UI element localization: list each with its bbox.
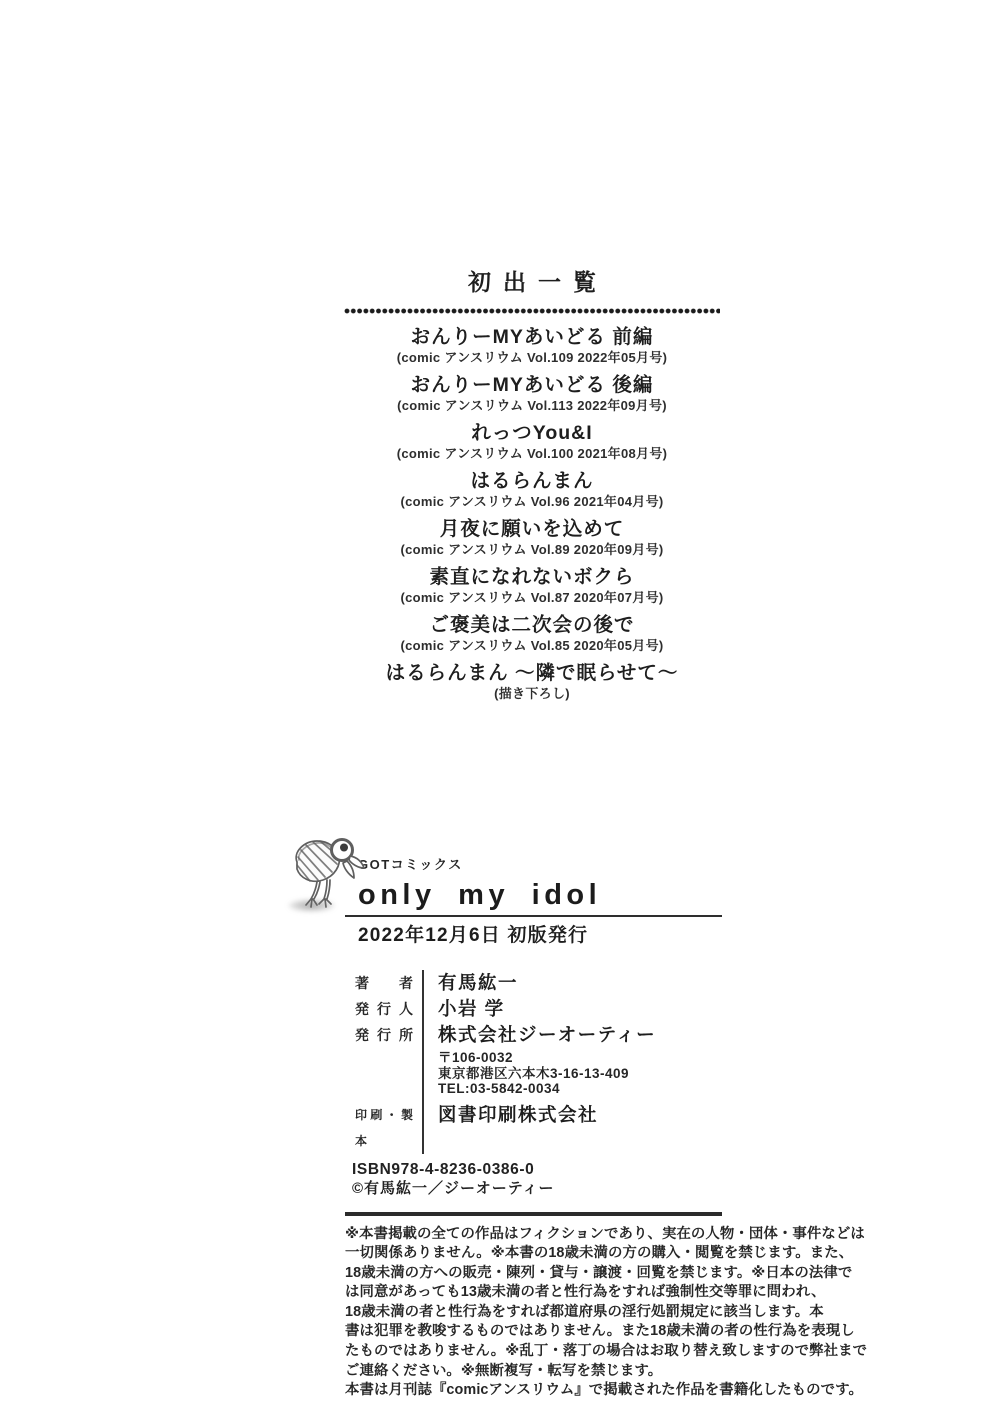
colophon-page: 初出一覧 おんりーMYあいどる 前編 (comic アンスリウム Vol.109… — [0, 0, 1000, 1419]
work-title: ご褒美は二次会の後で — [344, 613, 720, 637]
street-address: 東京都港区六本木3-16-13-409 — [438, 1066, 722, 1082]
work-title: はるらんまん 〜隣で眠らせて〜 — [344, 661, 720, 685]
credit-value: 有馬紘一 — [422, 970, 722, 996]
publisher-bird-logo-icon — [284, 831, 366, 911]
credit-label: 発行所 — [355, 1022, 413, 1102]
credit-row-publisher-person: 発行人 小岩 学 — [355, 996, 722, 1022]
notice-line: 書は犯罪を教唆するものではありません。また18歳未満の者の性行為を表現し — [345, 1322, 722, 1342]
notice-line: 本書は月刊誌『comicアンスリウム』で掲載された作品を書籍化したものです。 — [345, 1381, 722, 1401]
work-source: (comic アンスリウム Vol.113 2022年09月号) — [344, 397, 720, 414]
work-source: (comic アンスリウム Vol.109 2022年05月号) — [344, 349, 720, 366]
work-title: おんりーMYあいどる 後編 — [344, 373, 720, 397]
work-source: (comic アンスリウム Vol.100 2021年08月号) — [344, 445, 720, 462]
kohyo-entry: 月夜に願いを込めて (comic アンスリウム Vol.89 2020年09月号… — [344, 517, 720, 558]
kohyo-entry: はるらんまん 〜隣で眠らせて〜 (描き下ろし) — [344, 661, 720, 702]
credit-value: 株式会社ジーオーティー 〒106-0032 東京都港区六本木3-16-13-40… — [422, 1022, 722, 1102]
notice-line: たものではありません。※乱丁・落丁の場合はお取り替え致しますので弊社まで — [345, 1342, 722, 1362]
isbn: ISBN978-4-8236-0386-0 — [352, 1160, 722, 1180]
work-source: (comic アンスリウム Vol.85 2020年05月号) — [344, 637, 720, 654]
credit-label: 著者 — [355, 970, 413, 996]
kohyo-entry: ご褒美は二次会の後で (comic アンスリウム Vol.85 2020年05月… — [344, 613, 720, 654]
notice-line: 18歳未満の方への販売・陳列・貸与・譲渡・回覧を禁じます。※日本の法律で — [345, 1264, 722, 1284]
credit-label: 発行人 — [355, 996, 413, 1022]
credit-label: 印刷・製本 — [355, 1102, 413, 1154]
notice-line: 一切関係ありません。※本書の18歳未満の方の購入・閲覧を禁じます。また、 — [345, 1244, 722, 1264]
first-publication-list: 初出一覧 おんりーMYあいどる 前編 (comic アンスリウム Vol.109… — [344, 268, 720, 709]
credit-row-printer: 印刷・製本 図書印刷株式会社 — [355, 1102, 722, 1154]
credit-value: 小岩 学 — [422, 996, 722, 1022]
publisher-name: 株式会社ジーオーティー — [438, 1024, 656, 1045]
publisher-address: 〒106-0032 東京都港区六本木3-16-13-409 TEL:03-584… — [438, 1050, 722, 1097]
postal-code: 〒106-0032 — [438, 1050, 722, 1066]
credit-value: 図書印刷株式会社 — [422, 1102, 722, 1154]
notice-line: は同意があっても13歳未満の者と性行為をすれば強制性交等罪に問われ、 — [345, 1283, 722, 1303]
kohyo-entry: はるらんまん (comic アンスリウム Vol.96 2021年04月号) — [344, 469, 720, 510]
work-title: 素直になれないボクら — [344, 565, 720, 589]
credit-row-publisher-company: 発行所 株式会社ジーオーティー 〒106-0032 東京都港区六本木3-16-1… — [355, 1022, 722, 1102]
notice-line: ご連絡ください。※無断複写・転写を禁じます。 — [345, 1362, 722, 1382]
work-title: はるらんまん — [344, 469, 720, 493]
kohyo-heading: 初出一覧 — [344, 268, 720, 296]
book-title: only my idol — [358, 880, 722, 911]
work-title: 月夜に願いを込めて — [344, 517, 720, 541]
notice-line: 18歳未満の者と性行為をすれば都道府県の淫行処罰規定に該当します。本 — [345, 1303, 722, 1323]
kohyo-entry: 素直になれないボクら (comic アンスリウム Vol.87 2020年07月… — [344, 565, 720, 606]
colophon-block: GOTコミックス only my idol 2022年12月6日 初版発行 著者… — [345, 833, 722, 1401]
logo-shadow — [288, 899, 335, 912]
work-title: れっつYou&I — [344, 421, 720, 445]
notice-divider — [345, 1212, 722, 1216]
work-source: (comic アンスリウム Vol.89 2020年09月号) — [344, 541, 720, 558]
kohyo-entry: おんりーMYあいどる 前編 (comic アンスリウム Vol.109 2022… — [344, 325, 720, 366]
work-source: (描き下ろし) — [344, 685, 720, 702]
work-source: (comic アンスリウム Vol.96 2021年04月号) — [344, 493, 720, 510]
legal-notice: ※本書掲載の全ての作品はフィクションであり、実在の人物・団体・事件などは 一切関… — [345, 1225, 722, 1401]
kohyo-entry: れっつYou&I (comic アンスリウム Vol.100 2021年08月号… — [344, 421, 720, 462]
edition-date: 2022年12月6日 初版発行 — [358, 924, 722, 948]
dotted-divider — [344, 308, 720, 314]
copyright: ©有馬紘一／ジーオーティー — [352, 1179, 722, 1199]
title-rule — [345, 915, 722, 917]
kohyo-entry: おんりーMYあいどる 後編 (comic アンスリウム Vol.113 2022… — [344, 373, 720, 414]
credit-row-author: 著者 有馬紘一 — [355, 970, 722, 996]
work-title: おんりーMYあいどる 前編 — [344, 325, 720, 349]
notice-line: ※本書掲載の全ての作品はフィクションであり、実在の人物・団体・事件などは — [345, 1225, 722, 1245]
credits-table: 著者 有馬紘一 発行人 小岩 学 発行所 株式会社ジーオーティー 〒106-00… — [355, 970, 722, 1154]
imprint-label: GOTコミックス — [358, 857, 722, 873]
work-source: (comic アンスリウム Vol.87 2020年07月号) — [344, 589, 720, 606]
phone-number: TEL:03-5842-0034 — [438, 1081, 722, 1097]
